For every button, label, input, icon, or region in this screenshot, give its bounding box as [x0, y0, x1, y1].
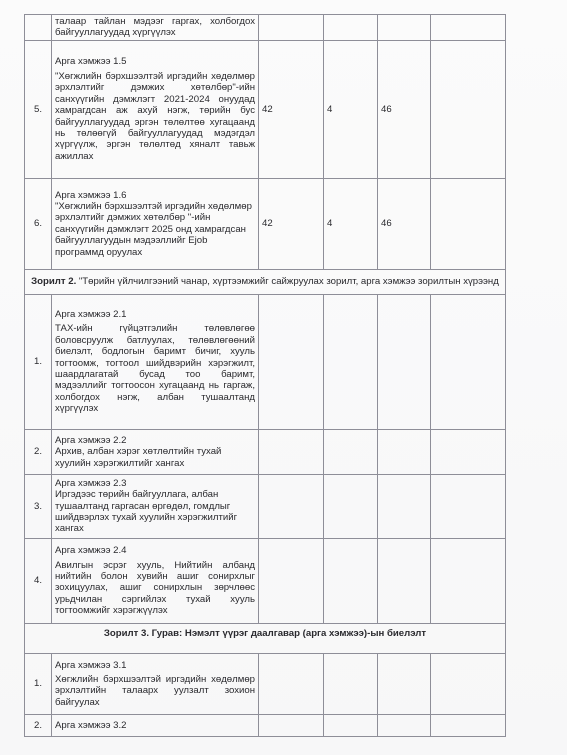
value-cell-2: [324, 474, 378, 538]
row-number: 1.: [25, 653, 52, 714]
value-cell-3: 46: [378, 178, 431, 269]
row-description: Арга хэмжээ 3.2: [52, 714, 259, 736]
goal-label: Зорилт 3. Гурав: Нэмэлт үүрэг даалгавар …: [104, 628, 426, 639]
value-cell-4: [431, 653, 506, 714]
value-cell-2: 4: [324, 178, 378, 269]
description-text: Иргэдээс төрийн байгууллага, албан тушаа…: [55, 489, 237, 534]
value-cell-4: [431, 538, 506, 623]
value-cell-2: [324, 429, 378, 474]
row-description: Арга хэмжээ 3.1 Хөгжлийн бэрхшээлтэй ирг…: [52, 653, 259, 714]
table-row: 3. Арга хэмжээ 2.3 Иргэдээс төрийн байгу…: [25, 474, 506, 538]
row-description: талаар тайлан мэдээг гаргах, холбогдох б…: [52, 15, 259, 41]
value-cell-3: [378, 15, 431, 41]
value-cell-2: 4: [324, 40, 378, 178]
table-row: 4. Арга хэмжээ 2.4 Авилгын эсрэг хууль, …: [25, 538, 506, 623]
goal-3-heading: Зорилт 3. Гурав: Нэмэлт үүрэг даалгавар …: [25, 623, 506, 653]
value-cell-3: 46: [378, 40, 431, 178]
value-cell-2: [324, 714, 378, 736]
value-cell-3: [378, 653, 431, 714]
goal-header-row: Зорилт 3. Гурав: Нэмэлт үүрэг даалгавар …: [25, 623, 506, 653]
description-text: Хөгжлийн бэрхшээлтэй иргэдийн хөдөлмөр э…: [55, 674, 255, 708]
value-cell-4: [431, 40, 506, 178]
row-description: Арга хэмжээ 2.2 Архив, албан хэрэг хөтлө…: [52, 429, 259, 474]
document-page: талаар тайлан мэдээг гаргах, холбогдох б…: [0, 0, 567, 755]
row-description: Арга хэмжээ 2.1 ТАХ-ийн гүйцэтгэлийн төл…: [52, 294, 259, 429]
value-cell-2: [324, 294, 378, 429]
value-cell-1: [259, 538, 324, 623]
measure-title: Арга хэмжээ 2.4: [55, 545, 255, 556]
goal-label: Зорилт 2.: [31, 276, 76, 287]
table-row: 2. Арга хэмжээ 3.2: [25, 714, 506, 736]
measure-title: Арга хэмжээ 1.5: [55, 56, 255, 67]
row-number: 1.: [25, 294, 52, 429]
row-number: 5.: [25, 40, 52, 178]
value-cell-4: [431, 429, 506, 474]
row-number: 2.: [25, 429, 52, 474]
goal-header-row: Зорилт 2. "Төрийн үйлчилгээний чанар, хү…: [25, 269, 506, 294]
value-cell-3: [378, 294, 431, 429]
value-cell-3: [378, 714, 431, 736]
row-number: 4.: [25, 538, 52, 623]
value-cell-4: [431, 474, 506, 538]
value-cell-1: 42: [259, 178, 324, 269]
row-number: 6.: [25, 178, 52, 269]
value-cell-1: [259, 474, 324, 538]
description-text: талаар тайлан мэдээг гаргах, холбогдох б…: [55, 16, 255, 38]
row-description: Арга хэмжээ 2.3 Иргэдээс төрийн байгуулл…: [52, 474, 259, 538]
description-text: "Хөгжлийн бэрхшээлтэй иргэдийн хөдөлмөр …: [55, 71, 255, 162]
goal-2-heading: Зорилт 2. "Төрийн үйлчилгээний чанар, хү…: [25, 269, 506, 294]
measure-title: Арга хэмжээ 3.2: [55, 720, 255, 731]
value-cell-3: [378, 474, 431, 538]
value-cell-3: [378, 538, 431, 623]
table-row: 5. Арга хэмжээ 1.5 "Хөгжлийн бэрхшээлтэй…: [25, 40, 506, 178]
value-cell-4: [431, 178, 506, 269]
row-description: Арга хэмжээ 1.5 "Хөгжлийн бэрхшээлтэй ир…: [52, 40, 259, 178]
value-cell-2: [324, 653, 378, 714]
measure-title: Арга хэмжээ 2.1: [55, 309, 255, 320]
value-cell-1: [259, 653, 324, 714]
value-cell-2: [324, 538, 378, 623]
value-cell-4: [431, 714, 506, 736]
value-cell-1: 42: [259, 40, 324, 178]
table-row: 6. Арга хэмжээ 1.6 "Хөгжлийн бэрхшээлтэй…: [25, 178, 506, 269]
value-cell-4: [431, 15, 506, 41]
table-row: талаар тайлан мэдээг гаргах, холбогдох б…: [25, 15, 506, 41]
value-cell-3: [378, 429, 431, 474]
measure-title: Арга хэмжээ 1.6: [55, 190, 255, 201]
description-text: ТАХ-ийн гүйцэтгэлийн төлөвлөгөө боловсру…: [55, 323, 255, 414]
value-cell-2: [324, 15, 378, 41]
measure-title: Арга хэмжээ 2.2: [55, 435, 255, 446]
table-row: 2. Арга хэмжээ 2.2 Архив, албан хэрэг хө…: [25, 429, 506, 474]
description-text: "Хөгжлийн бэрхшээлтэй иргэдийн хөдөлмөр …: [55, 201, 252, 258]
row-description: Арга хэмжээ 2.4 Авилгын эсрэг хууль, Ний…: [52, 538, 259, 623]
value-cell-1: [259, 15, 324, 41]
measure-title: Арга хэмжээ 3.1: [55, 660, 255, 671]
description-text: Архив, албан хэрэг хөтлөлтийн тухай хуул…: [55, 446, 221, 468]
value-cell-1: [259, 714, 324, 736]
table-row: 1. Арга хэмжээ 3.1 Хөгжлийн бэрхшээлтэй …: [25, 653, 506, 714]
row-number: [25, 15, 52, 41]
value-cell-1: [259, 294, 324, 429]
measure-title: Арга хэмжээ 2.3: [55, 478, 255, 489]
value-cell-1: [259, 429, 324, 474]
table-row: 1. Арга хэмжээ 2.1 ТАХ-ийн гүйцэтгэлийн …: [25, 294, 506, 429]
goal-text: "Төрийн үйлчилгээний чанар, хүртээмжийг …: [79, 276, 499, 287]
row-number: 3.: [25, 474, 52, 538]
row-description: Арга хэмжээ 1.6 "Хөгжлийн бэрхшээлтэй ир…: [52, 178, 259, 269]
activity-table: талаар тайлан мэдээг гаргах, холбогдох б…: [24, 14, 506, 737]
row-number: 2.: [25, 714, 52, 736]
value-cell-4: [431, 294, 506, 429]
description-text: Авилгын эсрэг хууль, Нийтийн албанд нийт…: [55, 560, 255, 617]
